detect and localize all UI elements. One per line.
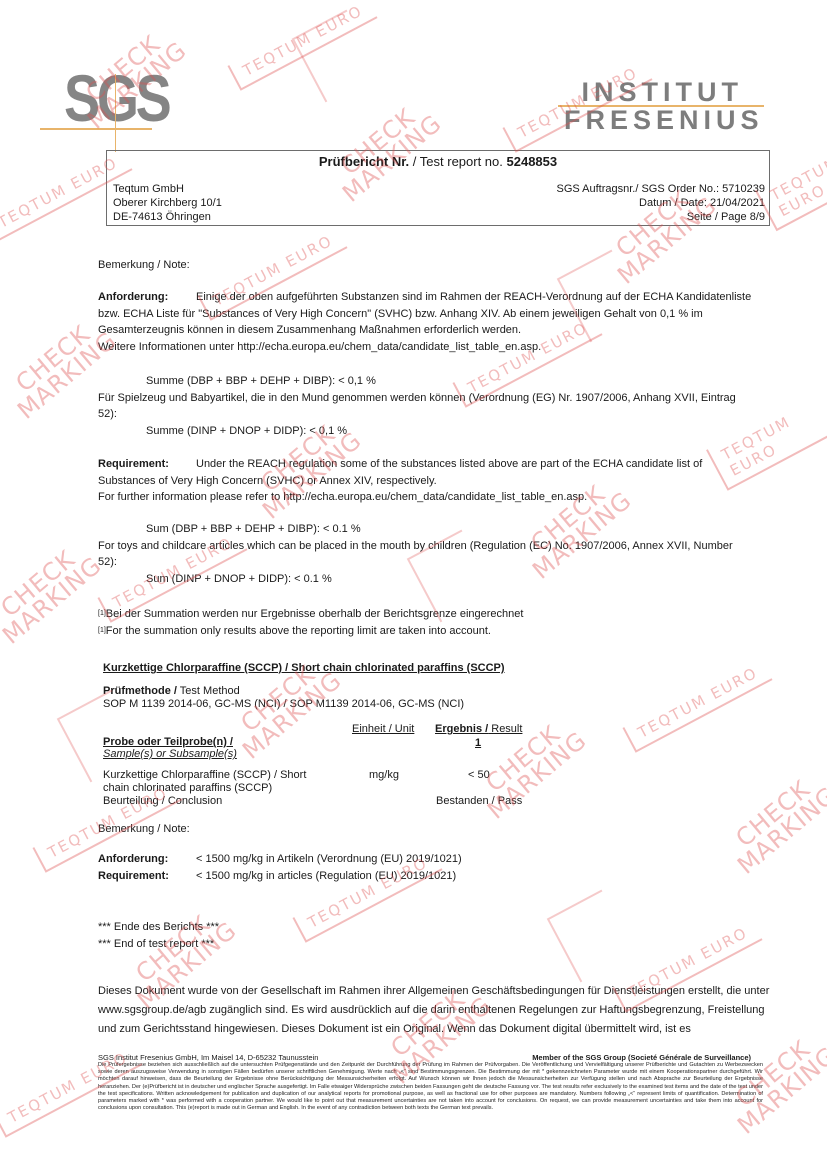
sgs-logo-rule xyxy=(40,128,152,130)
client-name: Teqtum GmbH xyxy=(113,182,222,196)
report-title-de: Prüfbericht Nr. xyxy=(319,154,409,169)
sgs-logo-rule-vertical xyxy=(115,74,116,152)
sccp-requirement: Requirement:< 1500 mg/kg in articles (Re… xyxy=(98,870,456,882)
note-label: Bemerkung / Note: xyxy=(98,257,778,274)
anforderung-toys-2: 52): xyxy=(98,406,778,423)
requirement-text-2: Substances of Very High Concern (SVHC) o… xyxy=(98,473,778,490)
watermark-teqtum-euro: TEQTUM EURO xyxy=(622,655,772,752)
order-info: SGS Auftragsnr./ SGS Order No.: 5710239 … xyxy=(556,182,765,224)
client-street: Oberer Kirchberg 10/1 xyxy=(113,196,222,210)
watermark-text: MARKING xyxy=(484,728,590,822)
watermark-bracket xyxy=(292,10,381,103)
end-of-report-en: *** End of test report *** xyxy=(98,936,778,953)
sccp-anforderung-label: Anforderung: xyxy=(98,853,196,865)
page-number: Seite / Page 8/9 xyxy=(556,210,765,224)
table-row-unit: mg/kg xyxy=(369,769,399,781)
report-title-en: Test report no. xyxy=(420,154,507,169)
footer-small-print: Die Prüfergebnisse beziehen sich ausschl… xyxy=(98,1062,763,1112)
report-header-box: Prüfbericht Nr. / Test report no. 524885… xyxy=(106,150,770,226)
watermark-text: CHECK xyxy=(720,767,826,861)
footnote-en: For the summation only results above the… xyxy=(106,625,491,637)
client-city: DE-74613 Öhringen xyxy=(113,210,222,224)
footer-member: Member of the SGS Group (Societé Général… xyxy=(532,1053,751,1062)
test-method-value: SOP M 1139 2014-06, GC-MS (NCI) / SOP M1… xyxy=(103,698,464,711)
report-number: 5248853 xyxy=(507,154,558,169)
requirement-label: Requirement: xyxy=(98,456,196,473)
anforderung-sums: Summe (DBP + BBP + DEHP + DIBP): < 0,1 %… xyxy=(98,373,778,439)
table-row-value: < 50 xyxy=(468,769,490,781)
sccp-section-title: Kurzkettige Chlorparaffine (SCCP) / Shor… xyxy=(103,662,505,674)
conclusion-value: Bestanden / Pass xyxy=(436,795,522,807)
end-of-report-de: *** Ende des Berichts *** xyxy=(98,919,778,936)
column-header-result-en: Result xyxy=(488,723,522,735)
watermark-teqtum-euro: TEQTUM EURO xyxy=(227,0,377,91)
report-title: Prüfbericht Nr. / Test report no. 524885… xyxy=(107,154,769,169)
requirement-toys: For toys and childcare articles which ca… xyxy=(98,538,778,555)
watermark-text: CHECK xyxy=(0,312,106,406)
sample-header-de: Probe oder Teilprobe(n) / xyxy=(103,736,233,748)
column-header-sample-number: 1 xyxy=(475,737,481,749)
watermark-check-marking: CHECKMARKING xyxy=(0,537,105,648)
watermark-text: MARKING xyxy=(239,668,345,762)
anforderung-sum-1: Summe (DBP + BBP + DEHP + DIBP): < 0,1 % xyxy=(98,373,778,390)
watermark-text: MARKING xyxy=(0,553,105,647)
column-header-result-de: Ergebnis / xyxy=(435,723,488,735)
disclaimer: Dieses Dokument wurde von der Gesellscha… xyxy=(98,982,770,1039)
sgs-logo: SGS xyxy=(40,68,135,130)
anforderung-more-info: Weitere Informationen unter http://echa.… xyxy=(98,339,778,356)
anforderung-label: Anforderung: xyxy=(98,289,196,306)
sccp-requirement-label: Requirement: xyxy=(98,870,196,882)
anforderung-toys: Für Spielzeug und Babyartikel, die in de… xyxy=(98,390,778,407)
test-report-page: SGS INSTITUT FRESENIUS Prüfbericht Nr. /… xyxy=(0,0,827,1170)
footnotes: [1]Bei der Summation werden nur Ergebnis… xyxy=(98,606,778,639)
client-address: Teqtum GmbH Oberer Kirchberg 10/1 DE-746… xyxy=(113,182,222,224)
test-method: Prüfmethode / Test Method SOP M 1139 201… xyxy=(103,685,464,711)
sgs-logo-text: SGS xyxy=(64,70,168,126)
sccp-note-label: Bemerkung / Note: xyxy=(98,821,778,838)
requirement-sums: Sum (DBP + BBP + DEHP + DIBP): < 0.1 % F… xyxy=(98,521,778,587)
test-method-label-de: Prüfmethode / xyxy=(103,685,177,697)
anforderung-text-2: bzw. ECHA Liste für "Substances of Very … xyxy=(98,306,778,323)
footer-address: SGS Institut Fresenius GmbH, Im Maisel 1… xyxy=(98,1053,318,1062)
column-header-result: Ergebnis / Result xyxy=(435,723,522,735)
footnote-marker: [1] xyxy=(98,627,106,634)
order-number: SGS Auftragsnr./ SGS Order No.: 5710239 xyxy=(556,182,765,196)
sample-header-en: Sample(s) or Subsample(s) xyxy=(103,748,237,760)
column-header-sample: Probe oder Teilprobe(n) / Sample(s) or S… xyxy=(103,736,237,760)
report-date: Datum / Date: 21/04/2021 xyxy=(556,196,765,210)
watermark-text: CHECK xyxy=(0,537,91,631)
table-row-name: Kurzkettige Chlorparaffine (SCCP) / Shor… xyxy=(103,769,333,794)
requirement-block: Requirement:Under the REACH regulation s… xyxy=(98,456,778,506)
requirement-text: Under the REACH regulation some of the s… xyxy=(196,458,702,470)
anforderung-text: Einige der oben aufgeführten Substanzen … xyxy=(196,291,751,303)
sccp-anforderung: Anforderung:< 1500 mg/kg in Artikeln (Ve… xyxy=(98,853,462,865)
sccp-requirement-value: < 1500 mg/kg in articles (Regulation (EU… xyxy=(196,870,456,882)
anforderung-sum-2: Summe (DINP + DNOP + DIDP): < 0,1 % xyxy=(98,423,778,440)
footnote-marker: [1] xyxy=(98,610,106,617)
end-of-report: *** Ende des Berichts *** *** End of tes… xyxy=(98,919,778,953)
logo-institut-text: INSTITUT xyxy=(582,78,744,106)
requirement-more-info: For further information please refer to … xyxy=(98,489,778,506)
report-title-sep: / xyxy=(409,154,420,169)
requirement-toys-2: 52): xyxy=(98,554,778,571)
requirement-sum-2: Sum (DINP + DNOP + DIDP): < 0.1 % xyxy=(98,571,778,588)
anforderung-text-3: Gesamterzeugnis können in diesem Zusamme… xyxy=(98,322,778,339)
column-header-unit: Einheit / Unit xyxy=(352,723,414,735)
footnote-de: Bei der Summation werden nur Ergebnisse … xyxy=(106,608,524,620)
sccp-anforderung-value: < 1500 mg/kg in Artikeln (Verordnung (EU… xyxy=(196,853,462,865)
test-method-label-en: Test Method xyxy=(177,685,240,697)
institut-fresenius-logo: INSTITUT FRESENIUS xyxy=(558,78,763,136)
requirement-sum-1: Sum (DBP + BBP + DEHP + DIBP): < 0.1 % xyxy=(98,521,778,538)
logo-fresenius-text: FRESENIUS xyxy=(564,106,763,134)
anforderung-block: Anforderung:Einige der oben aufgeführten… xyxy=(98,289,778,355)
